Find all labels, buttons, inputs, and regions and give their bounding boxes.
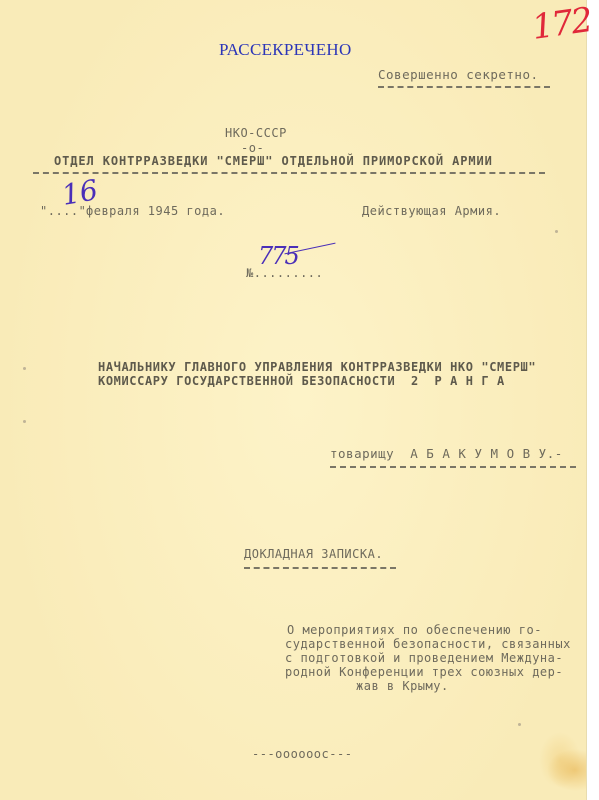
addressee-line-2: КОМИССАРУ ГОСУДАРСТВЕННОЙ БЕЗОПАСНОСТИ 2… [98,374,505,388]
title-underline [244,567,396,569]
addressee-line-1: НАЧАЛЬНИКУ ГЛАВНОГО УПРАВЛЕНИЯ КОНТРРАЗВ… [98,360,536,374]
addressee-recipient: товарищу А Б А К У М О В У.- [330,446,563,461]
header-underline [33,172,545,174]
header-separator: -о- [241,141,264,155]
date-day-placeholder: "...." [40,204,86,218]
page-number: 172 [530,0,594,48]
paper-speck [518,723,521,726]
document-page: РАССЕКРЕЧЕНО 172 Совершенно секретно. НК… [0,0,587,800]
document-title: ДОКЛАДНАЯ ЗАПИСКА. [244,547,383,561]
header-org: НКО-СССР [225,126,287,140]
subject-line: с подготовкой и проведением Междуна- [285,651,563,665]
classification-underline [378,86,550,88]
paper-speck [23,420,26,423]
footer-divider: ---оооооос--- [252,747,352,761]
recipient-underline [330,466,576,468]
declassified-stamp: РАССЕКРЕЧЕНО [219,40,352,60]
header-department: ОТДЕЛ КОНТРРАЗВЕДКИ "СМЕРШ" ОТДЕЛЬНОЙ ПР… [54,154,493,168]
document-number-prefix: №......... [246,266,323,280]
classification-label: Совершенно секретно. [378,67,539,82]
paper-speck [555,230,558,233]
subject-line: О мероприятиях по обеспечению го- [287,623,542,637]
subject-line: жав в Крыму. [356,679,449,693]
location-label: Действующая Армия. [362,204,501,218]
subject-line: сударственной безопасности, связанных [285,637,571,651]
date-text: февраля 1945 года. [86,204,225,218]
paper-speck [23,367,26,370]
subject-line: родной Конференции трех союзных дер- [285,665,563,679]
